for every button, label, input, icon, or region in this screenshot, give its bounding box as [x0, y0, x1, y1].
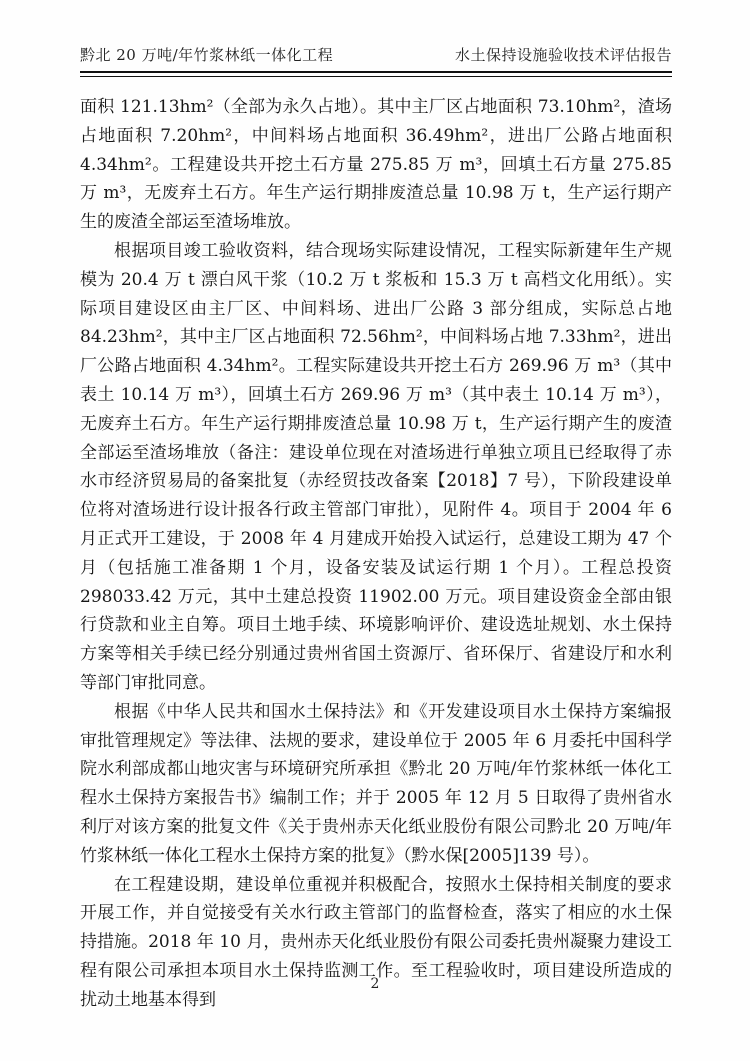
header-left-title: 黔北 20 万吨/年竹浆林纸一体化工程	[80, 44, 333, 65]
running-header: 黔北 20 万吨/年竹浆林纸一体化工程 水土保持设施验收技术评估报告	[80, 44, 672, 71]
page-number: 2	[0, 976, 750, 992]
body-paragraph: 面积 121.13hm²（全部为永久占地）。其中主厂区占地面积 73.10hm²…	[80, 93, 672, 237]
body-paragraph: 在工程建设期，建设单位重视并积极配合，按照水土保持相关制度的要求开展工作，并自觉…	[80, 871, 672, 1015]
body-paragraph: 根据《中华人民共和国水土保持法》和《开发建设项目水土保持方案编报审批管理规定》等…	[80, 698, 672, 871]
document-page: 黔北 20 万吨/年竹浆林纸一体化工程 水土保持设施验收技术评估报告 面积 12…	[0, 0, 750, 1061]
document-body: 面积 121.13hm²（全部为永久占地）。其中主厂区占地面积 73.10hm²…	[80, 93, 672, 1015]
header-rule	[80, 71, 672, 77]
body-paragraph: 根据项目竣工验收资料，结合现场实际建设情况，工程实际新建年生产规模为 20.4 …	[80, 237, 672, 698]
header-right-title: 水土保持设施验收技术评估报告	[455, 44, 672, 65]
